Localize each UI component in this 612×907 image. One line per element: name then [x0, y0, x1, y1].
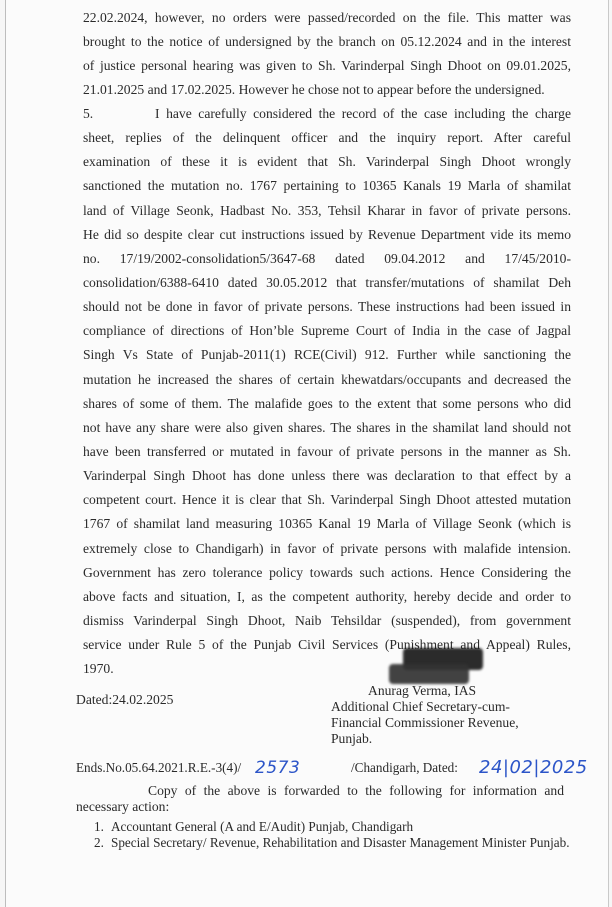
recipient-text: Accountant General (A and E/Audit) Punja…	[111, 819, 581, 835]
text-line: compliance of directions of Hon’ble Supr…	[83, 319, 571, 343]
text-line: service under Rule 5 of the Punjab Civil…	[83, 633, 571, 657]
endorsement-number: Ends.No.05.64.2021.R.E.-3(4)/	[76, 760, 241, 776]
list-item: 1. Accountant General (A and E/Audit) Pu…	[94, 819, 581, 835]
list-item: 2. Special Secretary/ Revenue, Rehabilit…	[94, 835, 581, 851]
signature-block: Anurag Verma, IAS Additional Chief Secre…	[331, 683, 519, 747]
copy-forward-text: Copy of the above is forwarded to the fo…	[76, 783, 564, 815]
text-line: brought to the notice of undersigned by …	[83, 30, 571, 54]
document-page: 22.02.2024, however, no orders were pass…	[5, 0, 609, 907]
text-line: of justice personal hearing was given to…	[83, 54, 571, 78]
text-line: consolidation/6388-6410 dated 30.05.2012…	[83, 271, 571, 295]
text-line: mutation he increased the shares of cert…	[83, 368, 571, 392]
text-line: Government has zero tolerance policy tow…	[83, 561, 571, 585]
text-line: shares of some of them. The malafide goe…	[83, 392, 571, 416]
paragraph-number: 5.	[83, 102, 155, 126]
recipient-list: 1. Accountant General (A and E/Audit) Pu…	[94, 819, 581, 851]
place-date-label: /Chandigarh, Dated:	[351, 760, 458, 776]
handwritten-date: 24|02|2025	[479, 757, 588, 778]
text-line: sanctioned the mutation no. 1767 pertain…	[83, 174, 571, 198]
paragraph-continued: 22.02.2024, however, no orders were pass…	[83, 6, 571, 103]
signatory-designation: Additional Chief Secretary-cum-	[331, 699, 519, 715]
text-line: 21.01.2025 and 17.02.2025. However he ch…	[83, 78, 571, 102]
text-line: Copy of the above is forwarded to the fo…	[76, 783, 564, 799]
text-line: He did so despite clear cut instructions…	[83, 223, 571, 247]
text-line: have been transferred or mutated in favo…	[83, 440, 571, 464]
text-line: competent court. Hence it is clear that …	[83, 488, 571, 512]
signatory-designation: Financial Commissioner Revenue,	[331, 715, 519, 731]
text-line-rest: I have carefully considered the record o…	[155, 106, 571, 121]
list-number: 1.	[94, 819, 111, 835]
order-date: Dated:24.02.2025	[76, 692, 173, 708]
text-line: 1767 of shamilat land measuring 10365 Ka…	[83, 512, 571, 536]
recipient-text: Special Secretary/ Revenue, Rehabilitati…	[111, 835, 581, 851]
text-line: necessary action:	[76, 799, 169, 814]
text-line: Varinderpal Singh Dhoot has done unless …	[83, 464, 571, 488]
text-line: should not be done in favor of private p…	[83, 295, 571, 319]
text-line: 1970.	[83, 657, 571, 681]
paragraph-5: 5.I have carefully considered the record…	[83, 102, 571, 681]
list-number: 2.	[94, 835, 111, 851]
text-line: Singh Vs State of Punjab-2011(1) RCE(Civ…	[83, 343, 571, 367]
text-line: 22.02.2024, however, no orders were pass…	[83, 6, 571, 30]
signature-redaction	[389, 664, 469, 684]
text-line: extremely close to Chandigarh) in favor …	[83, 537, 571, 561]
text-line: no. 17/19/2002-consolidation5/3647-68 da…	[83, 247, 571, 271]
handwritten-number: 2573	[255, 758, 300, 778]
text-line: examination of these it is evident that …	[83, 150, 571, 174]
text-line: dismiss Varinderpal Singh Dhoot, Naib Te…	[83, 609, 571, 633]
text-line: not have any share were also given share…	[83, 416, 571, 440]
text-line: sheet, replies of the delinquent officer…	[83, 126, 571, 150]
text-line: 5.I have carefully considered the record…	[83, 102, 571, 126]
signatory-state: Punjab.	[331, 731, 519, 747]
signatory-name: Anurag Verma, IAS	[368, 683, 556, 699]
text-line: above facts and situation, I, as the com…	[83, 585, 571, 609]
text-line: land of Village Seonk, Hadbast No. 353, …	[83, 199, 571, 223]
